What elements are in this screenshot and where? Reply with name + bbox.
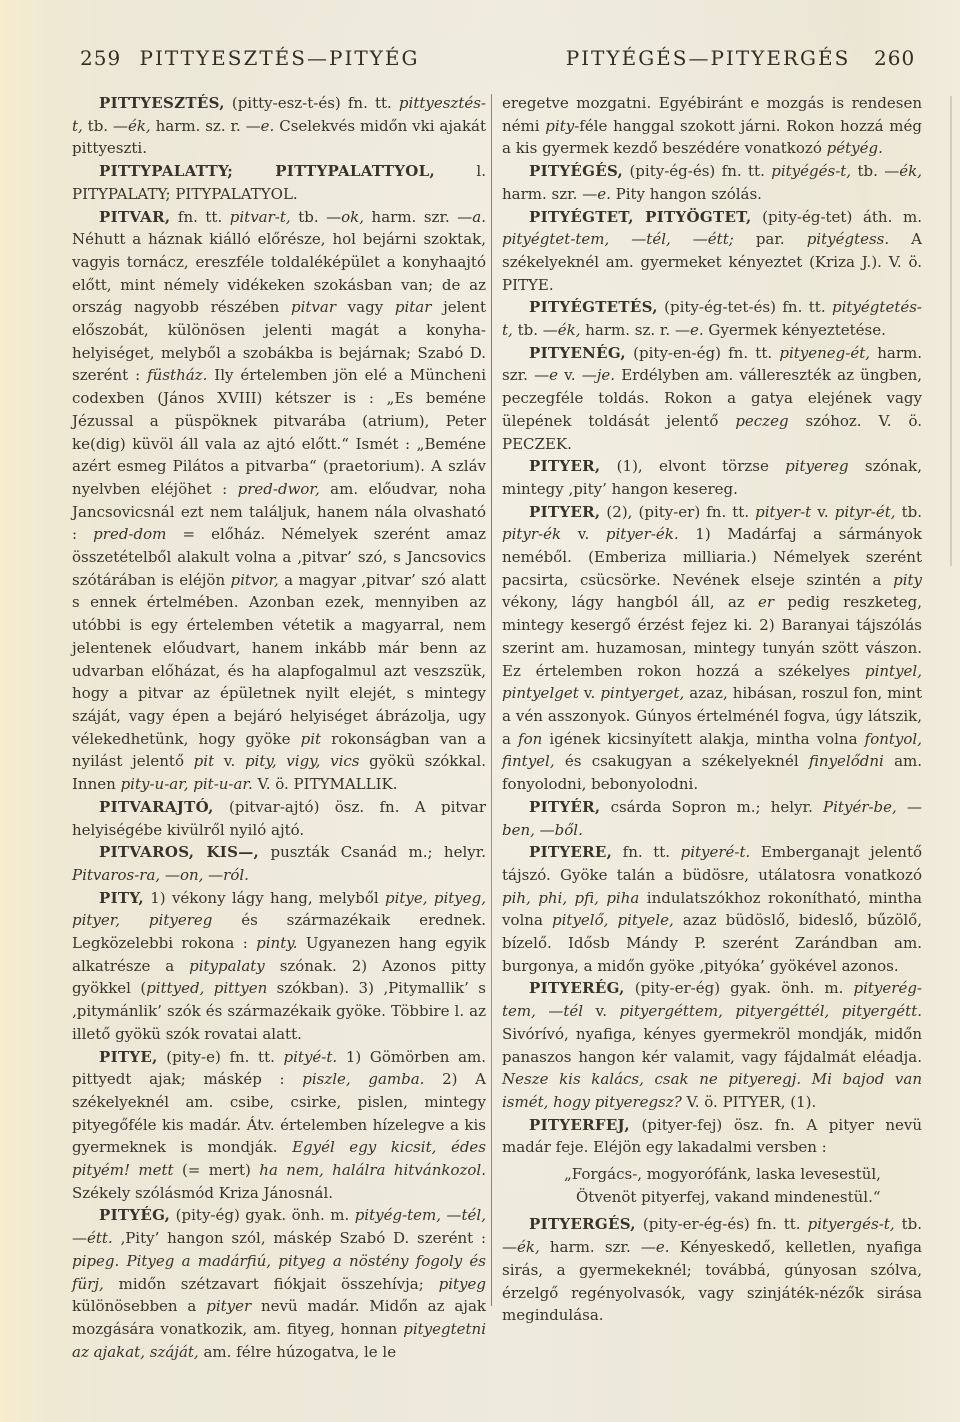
entry-headword: PITYÉGÉS, bbox=[529, 162, 623, 180]
dictionary-paragraph: PITYE, (pity-e) fn. tt. pityé-t. 1) Gömö… bbox=[72, 1046, 486, 1205]
page-edge-line bbox=[950, 96, 952, 566]
body-text: v. bbox=[583, 1002, 619, 1020]
body-text: (pity-er-ég-és) fn. tt. bbox=[636, 1215, 808, 1233]
running-header-left: PITTYESZTÉS—PITYÉG bbox=[72, 46, 487, 70]
italic-text: —ék, bbox=[502, 1238, 540, 1256]
dictionary-paragraph: PITYERE, fn. tt. pityeré-t. Emberganajt … bbox=[502, 841, 922, 977]
body-text: tb. bbox=[513, 321, 543, 339]
italic-text: pityégtess. bbox=[807, 230, 889, 248]
entry-headword: PITVARAJTÓ, bbox=[99, 798, 214, 816]
entry-headword: PITTYESZTÉS, bbox=[99, 94, 225, 112]
dictionary-paragraph: PITYERGÉS, (pity-er-ég-és) fn. tt. pitye… bbox=[502, 1213, 922, 1327]
italic-text: pityereg bbox=[785, 457, 848, 475]
entry-headword: PITYÉR, bbox=[529, 798, 600, 816]
italic-text: pit bbox=[301, 730, 321, 748]
italic-text: pityer-ék. bbox=[606, 525, 679, 543]
body-text: tb. bbox=[895, 1215, 922, 1233]
italic-text: pitar bbox=[395, 298, 432, 316]
italic-text: pitvor, bbox=[231, 571, 279, 589]
italic-text: —ék, bbox=[113, 117, 151, 135]
italic-text: pityeneg-ét, bbox=[779, 344, 870, 362]
body-text: Székely szólásmód Kriza Jánosnál. bbox=[72, 1184, 333, 1202]
dictionary-paragraph: PITYÉG, (pity-ég) gyak. önh. m. pityég-t… bbox=[72, 1204, 486, 1363]
body-text: V. ö. PITYMALLIK. bbox=[253, 775, 398, 793]
italic-text: pity bbox=[893, 571, 922, 589]
dictionary-paragraph: PITYÉGTETÉS, (pity-ég-tet-és) fn. tt. pi… bbox=[502, 296, 922, 341]
dictionary-paragraph: PITYÉGTET, PITYÖGTET, (pity-ég-tet) áth.… bbox=[502, 206, 922, 297]
italic-text: pityr-ét, bbox=[835, 503, 896, 521]
italic-text: pitypalaty bbox=[189, 957, 265, 975]
entry-headword: PITY, bbox=[99, 889, 144, 907]
left-column: PITTYESZTÉS, (pitty-esz-t-és) fn. tt. pi… bbox=[72, 92, 486, 1363]
italic-text: pityé-t. bbox=[284, 1048, 338, 1066]
body-text: harm. szr. bbox=[364, 208, 457, 226]
body-text: (pity-er-ég) gyak. önh. m. bbox=[625, 979, 854, 997]
italic-text: ha nem, halálra hitvánkozol. bbox=[259, 1161, 486, 1179]
body-text: (= mert) bbox=[174, 1161, 260, 1179]
body-text: v. bbox=[558, 366, 582, 384]
entry-headword: PITVAROS, KIS—, bbox=[99, 843, 259, 861]
italic-text: pittyed, pittyen bbox=[146, 979, 267, 997]
body-text: és csakugyan a székelyeknél bbox=[555, 752, 809, 770]
right-column: eregetve mozgatni. Egyébiránt e mozgás i… bbox=[502, 92, 922, 1327]
body-text: tb. bbox=[83, 117, 113, 135]
dictionary-paragraph: PITYERFEJ, (pityer-fej) ösz. fn. A pitye… bbox=[502, 1114, 922, 1159]
body-text: Gyermek kényeztetése. bbox=[704, 321, 886, 339]
body-text: v. bbox=[561, 525, 606, 543]
dictionary-paragraph: PITVAROS, KIS—, puszták Csanád m.; helyr… bbox=[72, 841, 486, 886]
body-text: am. félre húzogatva, le le bbox=[199, 1343, 396, 1361]
entry-headword: PITYE, bbox=[99, 1048, 158, 1066]
dictionary-paragraph: PITYER, (2), (pity-er) fn. tt. pityer-t … bbox=[502, 501, 922, 796]
italic-text: Pitvaros-ra, —on, —ról. bbox=[72, 866, 249, 884]
dictionary-paragraph: PITVARAJTÓ, (pitvar-ajtó) ösz. fn. A pit… bbox=[72, 796, 486, 841]
dictionary-paragraph: PITVAR, fn. tt. pitvar-t, tb. —ok, harm.… bbox=[72, 206, 486, 796]
body-text: (pity-ég-és) fn. tt. bbox=[623, 162, 771, 180]
italic-text: piszle, gamba. bbox=[302, 1070, 424, 1088]
body-text: (1), elvont törzse bbox=[600, 457, 785, 475]
body-text: v. bbox=[214, 752, 245, 770]
dictionary-paragraph: PITTYESZTÉS, (pitty-esz-t-és) fn. tt. pi… bbox=[72, 92, 486, 160]
italic-text: —a. bbox=[457, 208, 486, 226]
italic-text: pityeg bbox=[439, 1275, 486, 1293]
italic-text: er bbox=[758, 593, 774, 611]
running-header-right: PITYÉGÉS—PITYERGÉS bbox=[502, 46, 914, 70]
dictionary-paragraph: PITYÉGÉS, (pity-ég-és) fn. tt. pityégés-… bbox=[502, 160, 922, 205]
body-text: fn. tt. bbox=[170, 208, 229, 226]
italic-text: pinty. bbox=[256, 934, 297, 952]
entry-headword: PITYERE, bbox=[529, 843, 612, 861]
column-divider-rule bbox=[491, 94, 492, 1306]
entry-headword: PITYER, bbox=[529, 457, 600, 475]
entry-headword: PITYERGÉS, bbox=[529, 1215, 636, 1233]
body-text: Sivórívó, nyafiga, kényes gyermekröl mon… bbox=[502, 1025, 922, 1066]
body-text: fn. tt. bbox=[612, 843, 680, 861]
italic-text: —je. bbox=[582, 366, 615, 384]
italic-text: —e. bbox=[641, 1238, 670, 1256]
body-text: (pity-en-ég) fn. tt. bbox=[626, 344, 779, 362]
verse-line: „Forgács-, mogyorófánk, laska levesestül… bbox=[564, 1163, 922, 1186]
dictionary-paragraph: eregetve mozgatni. Egyébiránt e mozgás i… bbox=[502, 92, 922, 160]
body-text: tb. bbox=[896, 503, 922, 521]
body-text: (pity-ég-tet) áth. m. bbox=[752, 208, 922, 226]
body-text: igének kicsinyített alakja, mintha volna bbox=[542, 730, 864, 748]
entry-headword: PITYERFEJ, bbox=[529, 1116, 630, 1134]
body-text: (pitty-esz-t-és) fn. tt. bbox=[225, 94, 399, 112]
dictionary-paragraph: PITY, 1) vékony lágy hang, melyből pitye… bbox=[72, 887, 486, 1046]
dictionary-page: 259 PITTYESZTÉS—PITYÉG PITYÉGÉS—PITYERGÉ… bbox=[0, 0, 960, 1422]
dictionary-paragraph: PITYÉR, csárda Sopron m.; helyr. Pityér-… bbox=[502, 796, 922, 841]
italic-text: pityégtet-tem, —tél, —étt; bbox=[502, 230, 734, 248]
body-text: csárda Sopron m.; helyr. bbox=[600, 798, 823, 816]
italic-text: —ék, bbox=[884, 162, 922, 180]
italic-text: —ok, bbox=[326, 208, 364, 226]
body-text: harm. sz. r. bbox=[151, 117, 246, 135]
italic-text: pred-dom bbox=[93, 525, 166, 543]
body-text: vékony, lágy hangból áll, az bbox=[502, 593, 758, 611]
body-text: puszták Csanád m.; helyr. bbox=[259, 843, 486, 861]
italic-text: —e. bbox=[675, 321, 704, 339]
italic-text: pitvar bbox=[291, 298, 336, 316]
italic-text: pityégés-t, bbox=[771, 162, 851, 180]
italic-text: pityer bbox=[206, 1297, 251, 1315]
verse-quote: „Forgács-, mogyorófánk, laska levesestül… bbox=[564, 1163, 922, 1208]
italic-text: pity bbox=[545, 117, 574, 135]
italic-text: pityergés-t, bbox=[808, 1215, 895, 1233]
italic-text: pitvar-t, bbox=[230, 208, 291, 226]
italic-text: fon bbox=[518, 730, 542, 748]
body-text: tb. bbox=[851, 162, 884, 180]
body-text: (2), (pity-er) fn. tt. bbox=[600, 503, 755, 521]
body-text: ‚Pity’ hangon szól, máskép Szabó D. szer… bbox=[113, 1229, 486, 1247]
body-text: Pity hangon szólás. bbox=[611, 185, 762, 203]
entry-headword: PITVAR, bbox=[99, 208, 170, 226]
entry-headword: PITYENÉG, bbox=[529, 344, 626, 362]
body-text: harm. sz. r. bbox=[580, 321, 675, 339]
dictionary-paragraph: PITYERÉG, (pity-er-ég) gyak. önh. m. pit… bbox=[502, 977, 922, 1113]
italic-text: füstház. bbox=[147, 366, 207, 384]
italic-text: —ék, bbox=[543, 321, 581, 339]
body-text: (pity-e) fn. tt. bbox=[158, 1048, 284, 1066]
italic-text: pétyég. bbox=[827, 139, 883, 157]
body-text: Ily értelemben jön elé a Müncheni codexb… bbox=[72, 366, 486, 498]
dictionary-paragraph: PITYENÉG, (pity-en-ég) fn. tt. pityeneg-… bbox=[502, 342, 922, 456]
entry-headword: PITTYPALATTY; PITTYPALATTYOL, bbox=[99, 162, 435, 180]
body-text: v. bbox=[579, 684, 601, 702]
italic-text: pred-dwor, bbox=[238, 480, 320, 498]
entry-headword: PITYÉG, bbox=[99, 1206, 170, 1224]
body-text: V. ö. PITYER, (1). bbox=[682, 1093, 817, 1111]
italic-text: —e. bbox=[246, 117, 275, 135]
entry-headword: PITYERÉG, bbox=[529, 979, 625, 997]
italic-text: finyelődni bbox=[809, 752, 884, 770]
body-text: harm. szr. bbox=[540, 1238, 641, 1256]
body-text: különösebben a bbox=[72, 1297, 206, 1315]
verse-line: Ötvenöt pityerfej, vakand mindenestül.“ bbox=[576, 1186, 922, 1209]
dictionary-paragraph: PITYER, (1), elvont törzse pityereg szón… bbox=[502, 455, 922, 500]
dictionary-paragraph: PITTYPALATTY; PITTYPALATTYOL, l. PITYPAL… bbox=[72, 160, 486, 205]
body-text: a magyar ‚pitvar’ szó alatt s ennek érte… bbox=[72, 571, 486, 748]
italic-text: pity, vigy, vics bbox=[245, 752, 360, 770]
italic-text: pityer-t bbox=[755, 503, 811, 521]
italic-text: peczeg bbox=[735, 412, 788, 430]
italic-text: —e. bbox=[582, 185, 611, 203]
body-text: (pity-ég-tet-és) fn. tt. bbox=[658, 298, 832, 316]
entry-headword: PITYÉGTETÉS, bbox=[529, 298, 658, 316]
body-text: par. bbox=[734, 230, 807, 248]
italic-text: pintyerget, bbox=[600, 684, 684, 702]
body-text: tb. bbox=[291, 208, 326, 226]
entry-headword: PITYER, bbox=[529, 503, 600, 521]
body-text: (pity-ég) gyak. önh. m. bbox=[170, 1206, 355, 1224]
entry-headword: PITYÉGTET, PITYÖGTET, bbox=[529, 208, 752, 226]
body-text: midőn szétzavart fiókjait összehívja; bbox=[104, 1275, 439, 1293]
italic-text: pityergéttem, pityergéttél, pityergétt. bbox=[620, 1002, 922, 1020]
italic-text: pih, phi, pfi, piha bbox=[502, 889, 639, 907]
italic-text: pityr-ék bbox=[502, 525, 561, 543]
body-text: 1) vékony lágy hang, melyből bbox=[144, 889, 385, 907]
page-number-right: 260 bbox=[874, 46, 915, 70]
body-text: v. bbox=[811, 503, 835, 521]
italic-text: pityeré-t. bbox=[681, 843, 751, 861]
body-text: harm. szr. bbox=[502, 185, 582, 203]
body-text: vagy bbox=[336, 298, 395, 316]
italic-text: pityelő, pityele, bbox=[552, 911, 674, 929]
italic-text: pity-u-ar, pit-u-ar. bbox=[121, 775, 253, 793]
italic-text: pit bbox=[194, 752, 214, 770]
italic-text: —e bbox=[534, 366, 558, 384]
